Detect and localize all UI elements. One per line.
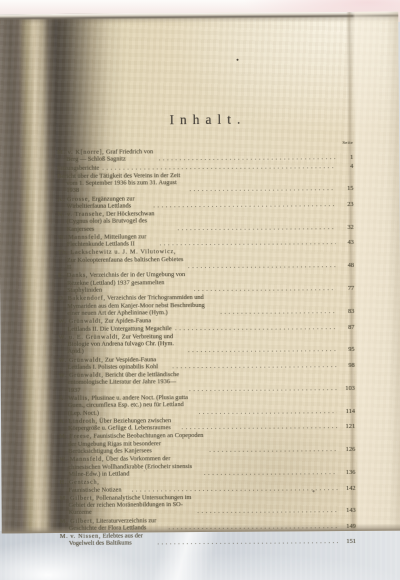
dot-leader <box>177 224 335 233</box>
toc-entry-author: W. Grünwaldt, <box>59 356 104 363</box>
book-top-edge <box>0 12 398 25</box>
toc-entry-page: 149 <box>340 523 356 531</box>
toc-content: Inhalt. Seite M. v. K[norre], Graf Fried… <box>57 112 356 549</box>
dot-leader <box>197 508 337 516</box>
toc-entry-author: W. Grünwaldt, <box>58 318 103 325</box>
toc-entry-text: A. Lindroth, Über Beziehungen zwischen K… <box>59 417 179 433</box>
toc-entry-author: W. u. E. Grünwaldt, <box>58 333 120 340</box>
toc-entry-page: 98 <box>339 362 355 370</box>
toc-entry-title: Zur Koleopterenfauna des baltischen Gebi… <box>67 256 183 271</box>
toc-entry: H. Gentzsch, Faunistische Notizen 142 <box>59 477 355 494</box>
toc-entry-text: M. v. Nissen, Erlebtes aus der Vogelwelt… <box>60 532 155 547</box>
toc-entry-page: 48 <box>338 262 354 270</box>
dot-leader <box>160 239 336 248</box>
toc-entry-author: M. Gilbert, <box>60 517 95 524</box>
toc-entry-author: A. Grosse, <box>57 195 90 202</box>
toc-entry-text: A. Wallis, Plusiinae u. andere Noct. (Pl… <box>59 394 196 417</box>
toc-entry-page: 143 <box>340 507 356 515</box>
toc-entry: M. Gilbert, Pollenanalytische Untersuchu… <box>60 493 356 517</box>
toc-entry: E. Danks, Verzeichnis der in der Umgebun… <box>58 270 354 294</box>
toc-entry-text: W. Mannsfeld, Mitteilungen zur Flechtenk… <box>58 233 157 249</box>
toc-entry-text: Th. Lackschewitz u. J. M. Vilutowicz, Zu… <box>58 249 185 272</box>
dot-leader <box>220 308 336 316</box>
toc-entry: W. Grünwaldt, Zur Apiden-Fauna Lettlands… <box>58 316 354 333</box>
toc-entry: W. Mannsfeld, Mitteilungen zur Flechtenk… <box>58 232 354 249</box>
toc-entry-author: A. Lindroth, <box>59 418 98 425</box>
dot-leader <box>189 185 335 193</box>
dot-leader <box>153 201 335 210</box>
toc-entry-text: E. Danks, Verzeichnis der in der Umgebun… <box>58 271 191 294</box>
toc-entry-author: W. Mannsfeld, <box>58 234 103 241</box>
toc-entry-author: H. Gentzsch, <box>59 479 99 486</box>
toc-entry: M. Gilbert, Literaturverzeichnis zur Ges… <box>60 515 356 532</box>
toc-entry-page: 126 <box>339 446 355 454</box>
toc-entry-text: M. Freese, Faunistische Beobachtungen an… <box>59 432 206 455</box>
toc-entry: O. Bakkendorf, Verzeichnis der Trichogra… <box>58 293 354 317</box>
book-page: Inhalt. Seite M. v. K[norre], Graf Fried… <box>0 12 400 534</box>
toc-entry-text: W. Mannsfeld, Über das Vorkommen der chi… <box>59 455 201 478</box>
toc-entry-author: E. Danks, <box>58 272 88 279</box>
dot-leader <box>188 262 336 270</box>
toc-list: M. v. K[norre], Graf Friedrich von Berg … <box>57 147 356 548</box>
toc-entry-text: H. Gentzsch, Faunistische Notizen <box>59 479 128 494</box>
toc-entry: A. Grosse, Ergänzungen zur Wirbeltierfau… <box>57 193 353 210</box>
paper-speck <box>237 59 239 61</box>
dot-leader <box>175 324 336 333</box>
toc-entry-page: 32 <box>338 224 354 232</box>
dot-leader <box>199 408 337 416</box>
dot-leader <box>189 385 337 393</box>
book-photo: Inhalt. Seite M. v. K[norre], Graf Fried… <box>0 0 400 580</box>
toc-entry-page: 142 <box>339 484 355 492</box>
toc-entry-text: M. Gilbert, Pollenanalytische Untersuchu… <box>60 494 195 517</box>
toc-entry: M. Freese, Faunistische Beobachtungen an… <box>59 431 355 455</box>
page-title: Inhalt. <box>63 112 353 128</box>
toc-entry-title: Faunistische Notizen <box>68 486 121 493</box>
toc-entry-page: 15 <box>337 185 353 193</box>
toc-entry-author: W. Mannsfeld, <box>59 456 104 463</box>
dot-leader <box>168 523 337 532</box>
toc-entry-text: N. v. Transehe, Der Höckerschwan (Cygnus… <box>58 210 175 233</box>
dot-leader <box>132 485 338 494</box>
toc-entry: A. Wallis, Plusiinae u. andere Noct. (Pl… <box>59 393 355 417</box>
toc-entry-author: O. Bakkendorf, <box>58 295 105 302</box>
toc-entry-title: Bericht über die Tätigkeit des Vereins i… <box>57 172 180 195</box>
toc-entry-author: M. v. Nissen, <box>60 533 101 540</box>
toc-entry-page: 136 <box>339 469 355 477</box>
toc-entry: N. v. Transehe, Der Höckerschwan (Cygnus… <box>58 209 354 233</box>
toc-entry-text: W. Grünwaldt, Zur Vespiden-Fauna Lettlan… <box>59 356 170 372</box>
toc-entry-page: 121 <box>339 423 355 431</box>
toc-entry-page: 151 <box>340 538 356 546</box>
toc-entry-text: A. Grosse, Ergänzungen zur Wirbeltierfau… <box>57 195 150 210</box>
toc-entry-text: W. u. E. Grünwaldt, Zur Verbreitung und … <box>58 333 185 356</box>
toc-entry: M. v. K[norre], Graf Friedrich von Berg … <box>57 147 353 164</box>
toc-entry: Th. Lackschewitz u. J. M. Vilutowicz, Zu… <box>58 247 354 271</box>
toc-entry-page: 114 <box>339 408 355 416</box>
toc-entry-author: W. Grünwaldt, <box>59 372 104 379</box>
toc-entry-page: 4 <box>337 162 353 170</box>
toc-entry-text: W. Grünwaldt, Bericht über die lettländi… <box>59 371 186 394</box>
toc-entry-page: 1 <box>337 154 353 162</box>
toc-entry-page: 43 <box>338 239 354 247</box>
dot-leader <box>188 346 337 354</box>
toc-entry-page: 95 <box>339 346 355 354</box>
toc-entry-page: 103 <box>339 385 355 393</box>
toc-entry: W. u. E. Grünwaldt, Zur Verbreitung und … <box>58 332 354 356</box>
toc-entry-page: 87 <box>338 323 354 331</box>
toc-entry-text: W. Grünwaldt, Zur Apiden-Fauna Lettlands… <box>58 317 172 333</box>
toc-entry-page: 83 <box>338 308 354 316</box>
toc-entry-title: Sitzungsberichte <box>57 164 99 171</box>
toc-entry: W. Mannsfeld, Über das Vorkommen der chi… <box>59 454 355 478</box>
toc-entry-text: Bericht über die Tätigkeit des Vereins i… <box>57 172 186 195</box>
page-column-header: Seite <box>57 140 353 147</box>
dot-leader <box>204 469 338 477</box>
toc-entry: W. Grünwaldt, Zur Vespiden-Fauna Lettlan… <box>59 354 355 371</box>
toc-entry: M. v. Nissen, Erlebtes aus der Vogelwelt… <box>60 531 356 548</box>
toc-entry-text: M. v. K[norre], Graf Friedrich von Berg … <box>57 148 156 163</box>
toc-entry: A. Lindroth, Über Beziehungen zwischen K… <box>59 416 355 433</box>
toc-entry-author: M. Freese, <box>59 433 92 440</box>
toc-entry-text: Sitzungsberichte <box>57 164 99 172</box>
toc-entry-page: 77 <box>338 285 354 293</box>
dot-leader <box>181 423 337 431</box>
dot-leader <box>194 285 336 293</box>
toc-entry-text: M. Gilbert, Literaturverzeichnis zur Ges… <box>60 517 166 533</box>
dot-leader <box>157 539 338 548</box>
dot-leader <box>209 446 337 454</box>
toc-entry-page: 23 <box>338 201 354 209</box>
toc-entry-text: O. Bakkendorf, Verzeichnis der Trichogra… <box>58 294 217 317</box>
toc-entry: Bericht über die Tätigkeit des Vereins i… <box>57 171 353 195</box>
toc-entry: W. Grünwaldt, Bericht über die lettländi… <box>59 370 355 394</box>
toc-entry-author: M. Gilbert, <box>60 494 95 501</box>
dot-leader <box>172 362 336 371</box>
